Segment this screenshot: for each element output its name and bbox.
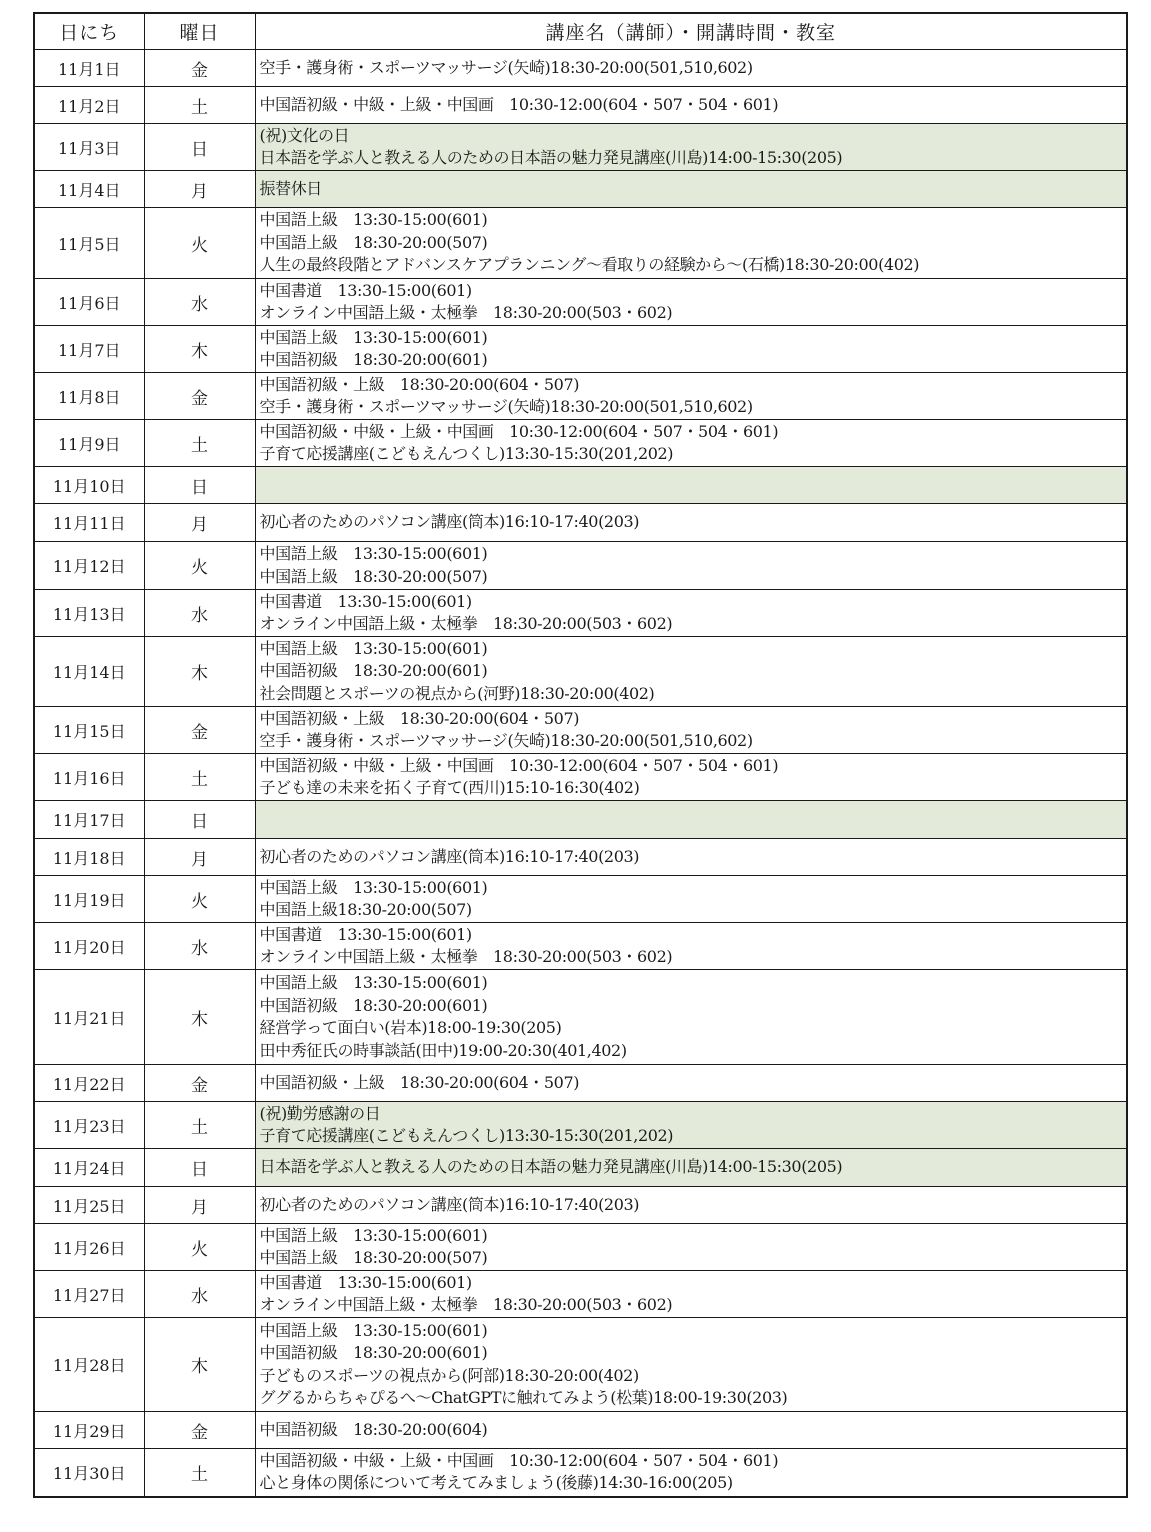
course-entry: (祝)勤労感謝の日 [260, 1103, 1127, 1126]
date-cell: 11月3日 [34, 124, 144, 171]
date-cell: 11月17日 [34, 801, 144, 839]
course-entry: 子ども達の未来を拓く子育て(西川)15:10-16:30(402) [260, 777, 1127, 800]
course-entry: 初心者のためのパソコン講座(筒本)16:10-17:40(203) [260, 511, 1127, 534]
course-entry: 中国書道 13:30-15:00(601) [260, 280, 1127, 303]
course-cell: 中国語上級 13:30-15:00(601)中国語上級 18:30-20:00(… [255, 542, 1127, 590]
table-body: 11月1日金空手・護身術・スポーツマッサージ(矢崎)18:30-20:00(50… [34, 50, 1127, 1497]
course-cell: 中国語上級 13:30-15:00(601)中国語初級 18:30-20:00(… [255, 326, 1127, 373]
course-cell: 初心者のためのパソコン講座(筒本)16:10-17:40(203) [255, 839, 1127, 876]
date-cell: 11月18日 [34, 839, 144, 876]
day-of-week-cell: 水 [144, 590, 255, 637]
course-cell: 初心者のためのパソコン講座(筒本)16:10-17:40(203) [255, 1187, 1127, 1224]
course-entry: 中国語上級 13:30-15:00(601) [260, 327, 1127, 350]
day-of-week-cell: 水 [144, 923, 255, 970]
course-entry: 空手・護身術・スポーツマッサージ(矢崎)18:30-20:00(501,510,… [260, 57, 1127, 80]
holiday-course-cell: 振替休日 [255, 171, 1127, 208]
table-row: 11月2日土中国語初級・中級・上級・中国画 10:30-12:00(604・50… [34, 87, 1127, 124]
table-row: 11月28日木中国語上級 13:30-15:00(601)中国語初級 18:30… [34, 1318, 1127, 1412]
day-of-week-cell: 水 [144, 1271, 255, 1318]
course-cell: 中国語上級 13:30-15:00(601)中国語上級 18:30-20:00(… [255, 208, 1127, 279]
table-row: 11月16日土中国語初級・中級・上級・中国画 10:30-12:00(604・5… [34, 754, 1127, 801]
course-cell: 中国語初級・中級・上級・中国画 10:30-12:00(604・507・504・… [255, 87, 1127, 124]
date-cell: 11月8日 [34, 373, 144, 420]
day-of-week-cell: 金 [144, 1065, 255, 1102]
table-row: 11月19日火中国語上級 13:30-15:00(601)中国語上級18:30-… [34, 876, 1127, 923]
table-row: 11月10日日 [34, 467, 1127, 504]
date-cell: 11月4日 [34, 171, 144, 208]
course-cell: 空手・護身術・スポーツマッサージ(矢崎)18:30-20:00(501,510,… [255, 50, 1127, 87]
day-of-week-cell: 金 [144, 707, 255, 754]
course-cell: 中国語上級 13:30-15:00(601)中国語初級 18:30-20:00(… [255, 970, 1127, 1065]
course-entry: 心と身体の関係について考えてみましょう(後藤)14:30-16:00(205) [260, 1472, 1127, 1495]
holiday-course-cell [255, 467, 1127, 504]
table-row: 11月22日金中国語初級・上級 18:30-20:00(604・507) [34, 1065, 1127, 1102]
table-row: 11月6日水中国書道 13:30-15:00(601)オンライン中国語上級・太極… [34, 279, 1127, 326]
table-row: 11月20日水中国書道 13:30-15:00(601)オンライン中国語上級・太… [34, 923, 1127, 970]
date-cell: 11月21日 [34, 970, 144, 1065]
course-entry: 子育て応援講座(こどもえんつくし)13:30-15:30(201,202) [260, 443, 1127, 466]
course-entry: (祝)文化の日 [260, 125, 1127, 148]
course-entry: 中国語上級 13:30-15:00(601) [260, 209, 1127, 232]
course-cell: 中国語初級・上級 18:30-20:00(604・507) [255, 1065, 1127, 1102]
course-cell: 中国語初級・中級・上級・中国画 10:30-12:00(604・507・504・… [255, 420, 1127, 467]
course-entry: 中国語初級 18:30-20:00(601) [260, 995, 1127, 1018]
day-of-week-cell: 木 [144, 1318, 255, 1412]
course-schedule-table: 日にち 曜日 講座名（講師）・開講時間・教室 11月1日金空手・護身術・スポーツ… [33, 12, 1128, 1498]
course-entry: 中国書道 13:30-15:00(601) [260, 924, 1127, 947]
table-row: 11月17日日 [34, 801, 1127, 839]
course-entry: 中国語上級 13:30-15:00(601) [260, 1225, 1127, 1248]
day-of-week-cell: 土 [144, 1102, 255, 1149]
course-cell: 中国語上級 13:30-15:00(601)中国語上級 18:30-20:00(… [255, 1224, 1127, 1271]
course-entry: 中国書道 13:30-15:00(601) [260, 591, 1127, 614]
table-row: 11月30日土中国語初級・中級・上級・中国画 10:30-12:00(604・5… [34, 1449, 1127, 1497]
course-cell: 初心者のためのパソコン講座(筒本)16:10-17:40(203) [255, 504, 1127, 542]
course-entry: 日本語を学ぶ人と教える人のための日本語の魅力発見講座(川島)14:00-15:3… [260, 1156, 1127, 1179]
course-entry: 中国語上級 13:30-15:00(601) [260, 543, 1127, 566]
day-of-week-cell: 土 [144, 87, 255, 124]
date-cell: 11月24日 [34, 1149, 144, 1187]
course-entry: 中国語初級・中級・上級・中国画 10:30-12:00(604・507・504・… [260, 1450, 1127, 1473]
day-of-week-cell: 土 [144, 420, 255, 467]
day-of-week-cell: 火 [144, 542, 255, 590]
date-cell: 11月7日 [34, 326, 144, 373]
table-row: 11月8日金中国語初級・上級 18:30-20:00(604・507)空手・護身… [34, 373, 1127, 420]
course-entry: 中国語初級 18:30-20:00(601) [260, 660, 1127, 683]
table-row: 11月21日木中国語上級 13:30-15:00(601)中国語初級 18:30… [34, 970, 1127, 1065]
course-entry: 人生の最終段階とアドバンスケアプランニング～看取りの経験から～(石橋)18:30… [260, 254, 1127, 277]
course-cell: 中国書道 13:30-15:00(601)オンライン中国語上級・太極拳 18:3… [255, 923, 1127, 970]
table-row: 11月5日火中国語上級 13:30-15:00(601)中国語上級 18:30-… [34, 208, 1127, 279]
day-of-week-cell: 火 [144, 876, 255, 923]
day-of-week-cell: 木 [144, 637, 255, 707]
day-of-week-cell: 金 [144, 373, 255, 420]
table-row: 11月1日金空手・護身術・スポーツマッサージ(矢崎)18:30-20:00(50… [34, 50, 1127, 87]
date-cell: 11月10日 [34, 467, 144, 504]
course-entry: 田中秀征氏の時事談話(田中)19:00-20:30(401,402) [260, 1040, 1127, 1063]
course-entry: 中国語初級 18:30-20:00(604) [260, 1419, 1127, 1442]
date-cell: 11月6日 [34, 279, 144, 326]
table-row: 11月27日水中国書道 13:30-15:00(601)オンライン中国語上級・太… [34, 1271, 1127, 1318]
date-cell: 11月13日 [34, 590, 144, 637]
holiday-course-cell: 日本語を学ぶ人と教える人のための日本語の魅力発見講座(川島)14:00-15:3… [255, 1149, 1127, 1187]
course-entry: 初心者のためのパソコン講座(筒本)16:10-17:40(203) [260, 846, 1127, 869]
day-of-week-cell: 月 [144, 171, 255, 208]
course-cell: 中国語上級 13:30-15:00(601)中国語初級 18:30-20:00(… [255, 637, 1127, 707]
course-entry: オンライン中国語上級・太極拳 18:30-20:00(503・602) [260, 613, 1127, 636]
course-cell: 中国書道 13:30-15:00(601)オンライン中国語上級・太極拳 18:3… [255, 1271, 1127, 1318]
day-of-week-cell: 木 [144, 970, 255, 1065]
day-of-week-cell: 月 [144, 504, 255, 542]
course-entry: 社会問題とスポーツの視点から(河野)18:30-20:00(402) [260, 683, 1127, 706]
date-cell: 11月22日 [34, 1065, 144, 1102]
course-entry: 中国書道 13:30-15:00(601) [260, 1272, 1127, 1295]
day-of-week-cell: 日 [144, 1149, 255, 1187]
day-of-week-cell: 金 [144, 1412, 255, 1449]
day-of-week-cell: 金 [144, 50, 255, 87]
header-row: 日にち 曜日 講座名（講師）・開講時間・教室 [34, 13, 1127, 50]
day-of-week-cell: 土 [144, 1449, 255, 1497]
table-row: 11月26日火中国語上級 13:30-15:00(601)中国語上級 18:30… [34, 1224, 1127, 1271]
table-row: 11月15日金中国語初級・上級 18:30-20:00(604・507)空手・護… [34, 707, 1127, 754]
course-entry: 振替休日 [260, 178, 1127, 201]
course-entry: 中国語初級 18:30-20:00(601) [260, 1342, 1127, 1365]
table-row: 11月14日木中国語上級 13:30-15:00(601)中国語初級 18:30… [34, 637, 1127, 707]
table-row: 11月11日月初心者のためのパソコン講座(筒本)16:10-17:40(203) [34, 504, 1127, 542]
header-date: 日にち [34, 13, 144, 50]
day-of-week-cell: 月 [144, 1187, 255, 1224]
course-entry: オンライン中国語上級・太極拳 18:30-20:00(503・602) [260, 1294, 1127, 1317]
day-of-week-cell: 水 [144, 279, 255, 326]
header-day-of-week: 曜日 [144, 13, 255, 50]
date-cell: 11月14日 [34, 637, 144, 707]
table-row: 11月3日日(祝)文化の日日本語を学ぶ人と教える人のための日本語の魅力発見講座(… [34, 124, 1127, 171]
course-entry: 中国語初級 18:30-20:00(601) [260, 349, 1127, 372]
course-cell: 中国語初級 18:30-20:00(604) [255, 1412, 1127, 1449]
course-entry: 中国語上級 13:30-15:00(601) [260, 972, 1127, 995]
date-cell: 11月19日 [34, 876, 144, 923]
course-cell: 中国語上級 13:30-15:00(601)中国語上級18:30-20:00(5… [255, 876, 1127, 923]
table-row: 11月9日土中国語初級・中級・上級・中国画 10:30-12:00(604・50… [34, 420, 1127, 467]
course-entry: 中国語上級 18:30-20:00(507) [260, 232, 1127, 255]
date-cell: 11月30日 [34, 1449, 144, 1497]
table-row: 11月24日日日本語を学ぶ人と教える人のための日本語の魅力発見講座(川島)14:… [34, 1149, 1127, 1187]
table-row: 11月13日水中国書道 13:30-15:00(601)オンライン中国語上級・太… [34, 590, 1127, 637]
date-cell: 11月12日 [34, 542, 144, 590]
table-row: 11月23日土(祝)勤労感謝の日子育て応援講座(こどもえんつくし)13:30-1… [34, 1102, 1127, 1149]
date-cell: 11月1日 [34, 50, 144, 87]
course-cell: 中国語初級・中級・上級・中国画 10:30-12:00(604・507・504・… [255, 1449, 1127, 1497]
course-entry: 中国語初級・上級 18:30-20:00(604・507) [260, 1072, 1127, 1095]
course-entry: 空手・護身術・スポーツマッサージ(矢崎)18:30-20:00(501,510,… [260, 396, 1127, 419]
course-entry: 中国語上級18:30-20:00(507) [260, 899, 1127, 922]
table-row: 11月25日月初心者のためのパソコン講座(筒本)16:10-17:40(203) [34, 1187, 1127, 1224]
date-cell: 11月28日 [34, 1318, 144, 1412]
table-row: 11月4日月振替休日 [34, 171, 1127, 208]
course-entry: 子どものスポーツの視点から(阿部)18:30-20:00(402) [260, 1365, 1127, 1388]
course-entry: 経営学って面白い(岩本)18:00-19:30(205) [260, 1017, 1127, 1040]
day-of-week-cell: 火 [144, 208, 255, 279]
table-row: 11月12日火中国語上級 13:30-15:00(601)中国語上級 18:30… [34, 542, 1127, 590]
course-entry: オンライン中国語上級・太極拳 18:30-20:00(503・602) [260, 302, 1127, 325]
course-cell: 中国語初級・上級 18:30-20:00(604・507)空手・護身術・スポーツ… [255, 373, 1127, 420]
course-entry: ググるからちゃぴるへ～ChatGPTに触れてみよう(松葉)18:00-19:30… [260, 1387, 1127, 1410]
day-of-week-cell: 日 [144, 801, 255, 839]
date-cell: 11月23日 [34, 1102, 144, 1149]
course-entry: 中国語初級・上級 18:30-20:00(604・507) [260, 374, 1127, 397]
course-cell: 中国語上級 13:30-15:00(601)中国語初級 18:30-20:00(… [255, 1318, 1127, 1412]
course-entry: 初心者のためのパソコン講座(筒本)16:10-17:40(203) [260, 1194, 1127, 1217]
day-of-week-cell: 月 [144, 839, 255, 876]
day-of-week-cell: 火 [144, 1224, 255, 1271]
date-cell: 11月5日 [34, 208, 144, 279]
date-cell: 11月26日 [34, 1224, 144, 1271]
course-entry: 中国語初級・上級 18:30-20:00(604・507) [260, 708, 1127, 731]
day-of-week-cell: 日 [144, 467, 255, 504]
date-cell: 11月9日 [34, 420, 144, 467]
day-of-week-cell: 土 [144, 754, 255, 801]
holiday-course-cell: (祝)文化の日日本語を学ぶ人と教える人のための日本語の魅力発見講座(川島)14:… [255, 124, 1127, 171]
holiday-course-cell: (祝)勤労感謝の日子育て応援講座(こどもえんつくし)13:30-15:30(20… [255, 1102, 1127, 1149]
course-entry: 中国語上級 13:30-15:00(601) [260, 1320, 1127, 1343]
course-entry: 中国語初級・中級・上級・中国画 10:30-12:00(604・507・504・… [260, 755, 1127, 778]
day-of-week-cell: 日 [144, 124, 255, 171]
course-cell: 中国書道 13:30-15:00(601)オンライン中国語上級・太極拳 18:3… [255, 279, 1127, 326]
date-cell: 11月2日 [34, 87, 144, 124]
course-cell: 中国語初級・中級・上級・中国画 10:30-12:00(604・507・504・… [255, 754, 1127, 801]
table-row: 11月7日木中国語上級 13:30-15:00(601)中国語初級 18:30-… [34, 326, 1127, 373]
course-entry: 子育て応援講座(こどもえんつくし)13:30-15:30(201,202) [260, 1125, 1127, 1148]
course-entry: 中国語上級 18:30-20:00(507) [260, 566, 1127, 589]
date-cell: 11月29日 [34, 1412, 144, 1449]
course-entry: 中国語上級 13:30-15:00(601) [260, 877, 1127, 900]
holiday-course-cell [255, 801, 1127, 839]
table-row: 11月29日金中国語初級 18:30-20:00(604) [34, 1412, 1127, 1449]
course-entry: 中国語初級・中級・上級・中国画 10:30-12:00(604・507・504・… [260, 94, 1127, 117]
course-cell: 中国書道 13:30-15:00(601)オンライン中国語上級・太極拳 18:3… [255, 590, 1127, 637]
date-cell: 11月11日 [34, 504, 144, 542]
course-entry: 日本語を学ぶ人と教える人のための日本語の魅力発見講座(川島)14:00-15:3… [260, 147, 1127, 170]
course-entry: 中国語上級 13:30-15:00(601) [260, 638, 1127, 661]
course-cell: 中国語初級・上級 18:30-20:00(604・507)空手・護身術・スポーツ… [255, 707, 1127, 754]
course-entry: 空手・護身術・スポーツマッサージ(矢崎)18:30-20:00(501,510,… [260, 730, 1127, 753]
date-cell: 11月20日 [34, 923, 144, 970]
date-cell: 11月27日 [34, 1271, 144, 1318]
course-entry: オンライン中国語上級・太極拳 18:30-20:00(503・602) [260, 946, 1127, 969]
header-course-details: 講座名（講師）・開講時間・教室 [255, 13, 1127, 50]
course-entry: 中国語上級 18:30-20:00(507) [260, 1247, 1127, 1270]
date-cell: 11月15日 [34, 707, 144, 754]
table-row: 11月18日月初心者のためのパソコン講座(筒本)16:10-17:40(203) [34, 839, 1127, 876]
day-of-week-cell: 木 [144, 326, 255, 373]
date-cell: 11月16日 [34, 754, 144, 801]
course-entry: 中国語初級・中級・上級・中国画 10:30-12:00(604・507・504・… [260, 421, 1127, 444]
date-cell: 11月25日 [34, 1187, 144, 1224]
